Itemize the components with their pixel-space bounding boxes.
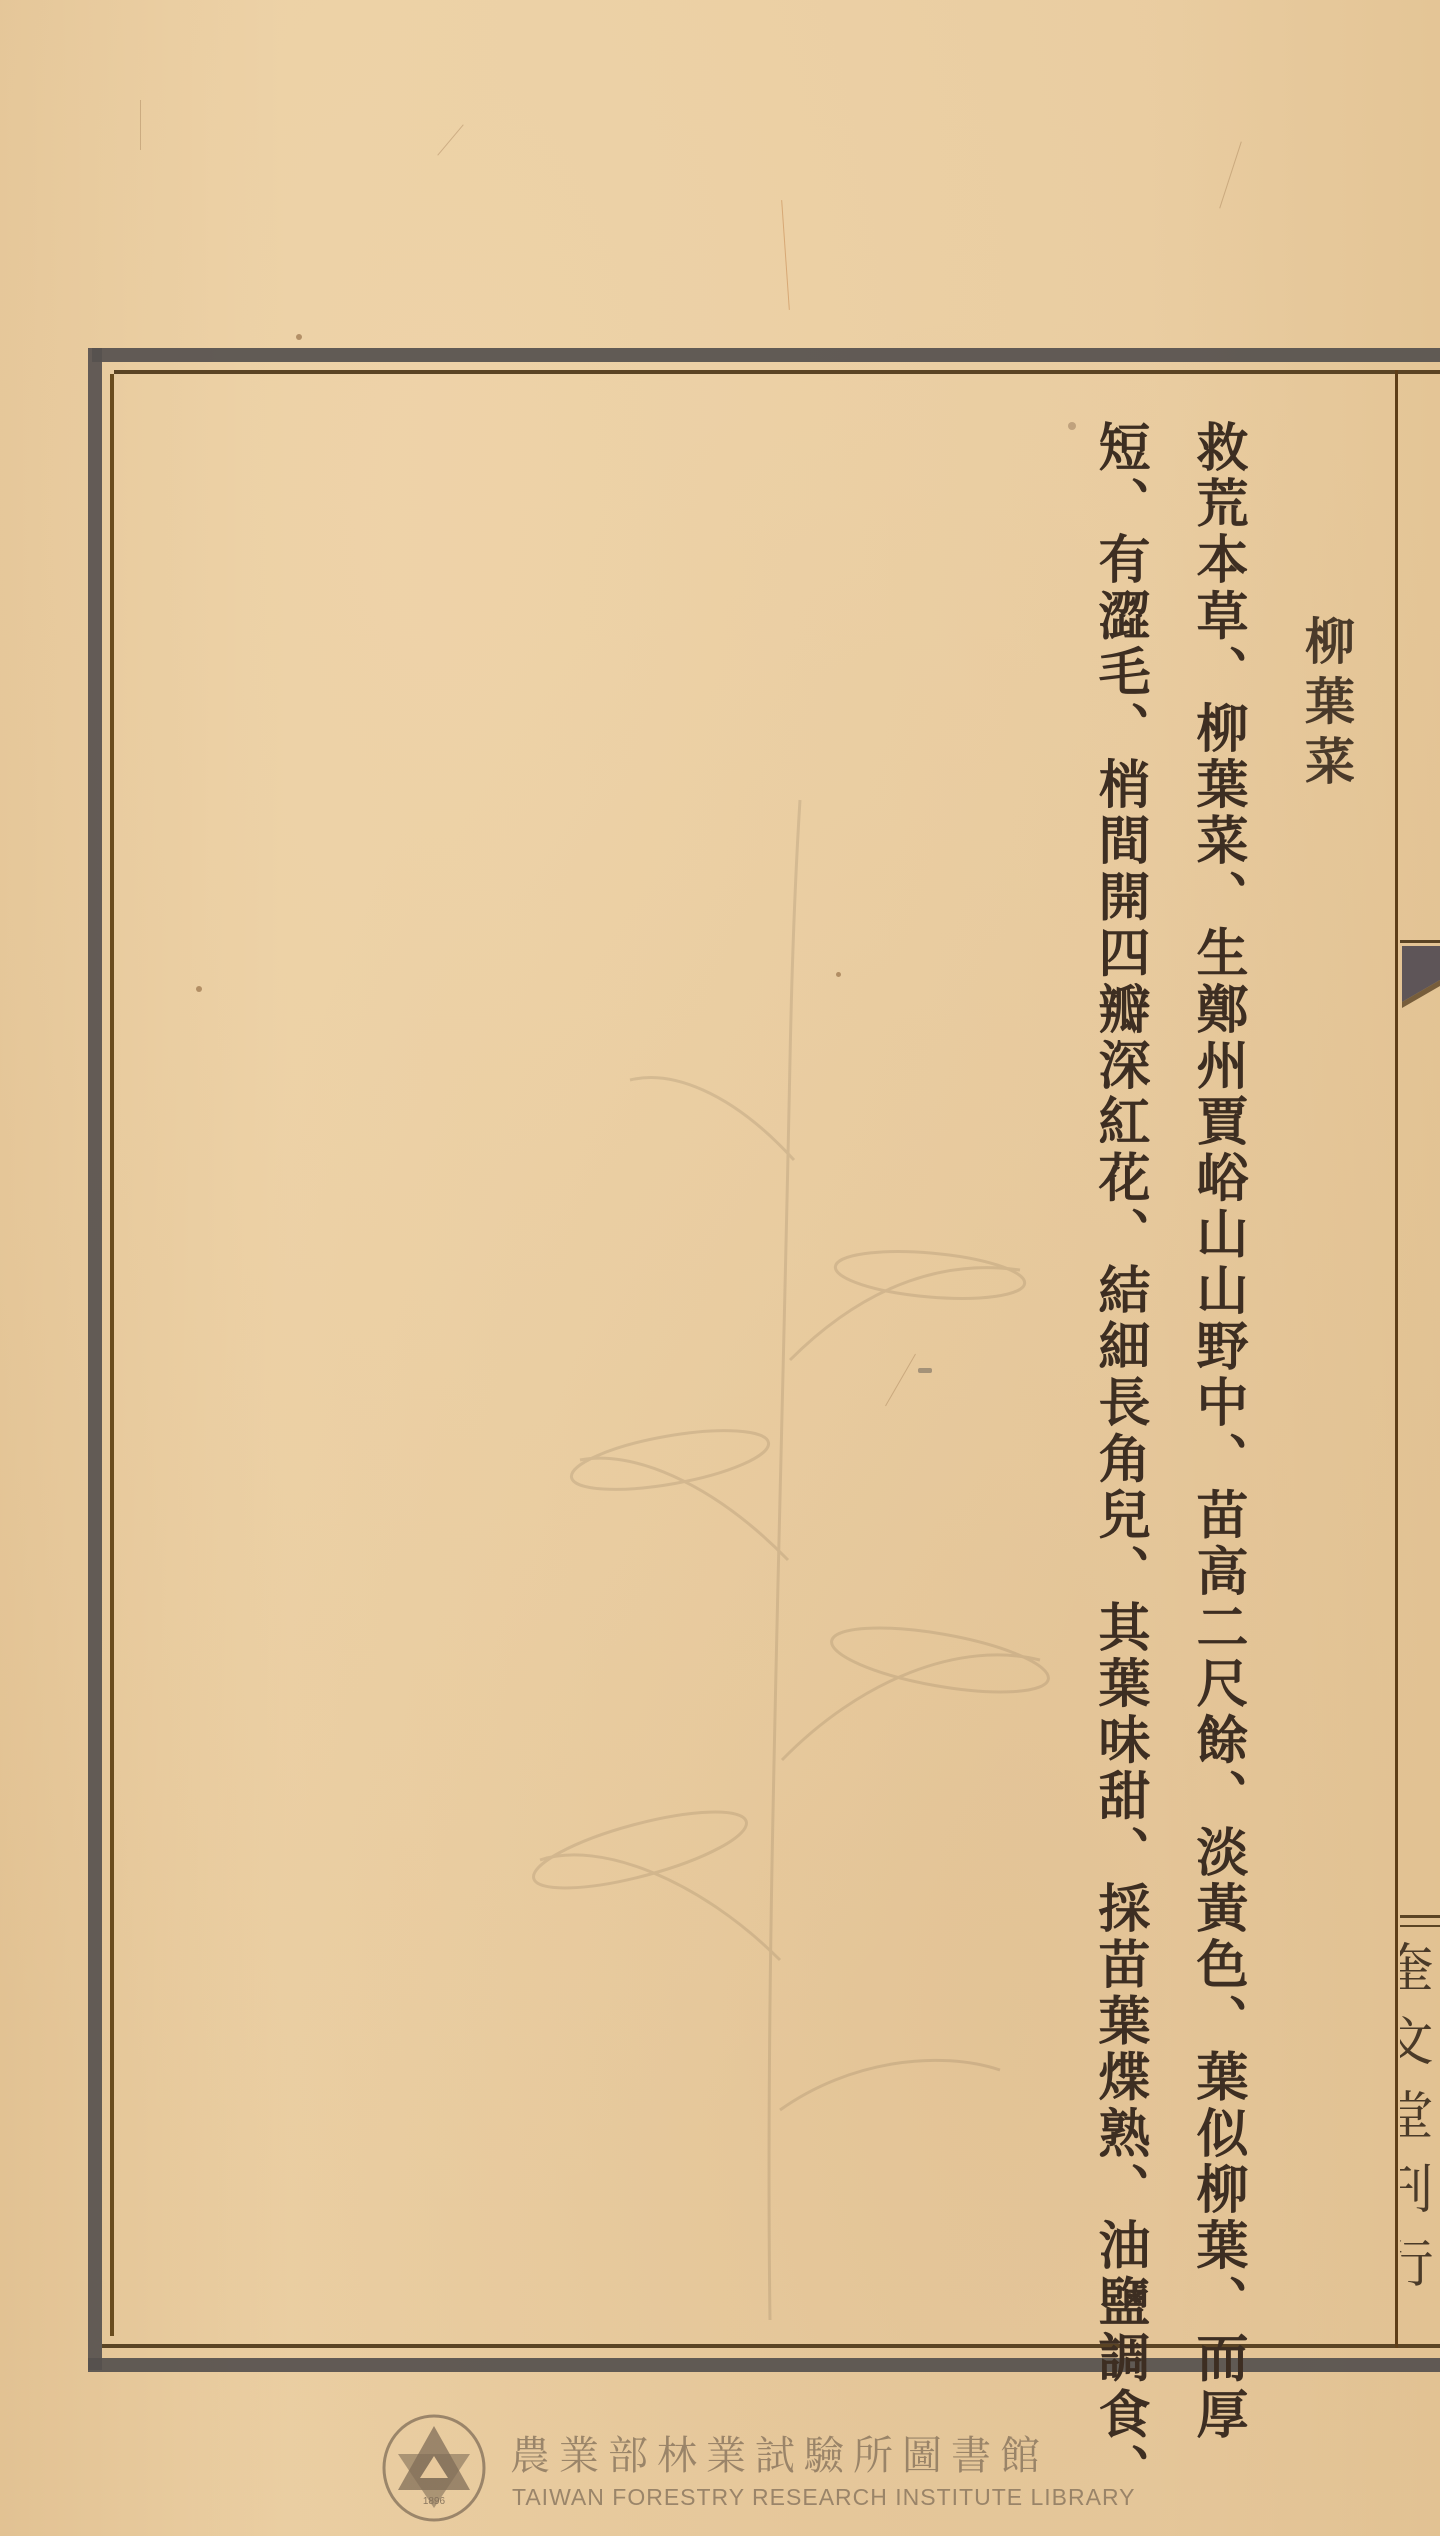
bleed-through-illustration (520, 760, 1080, 2320)
frame-outer-left-border (88, 348, 102, 2370)
svg-text:1896: 1896 (423, 2496, 446, 2507)
paper-fiber (437, 124, 463, 155)
paper-fiber (781, 200, 790, 310)
frame-outer-top-border (92, 348, 1440, 362)
library-watermark: 1896 農業部林業試驗所圖書館 TAIWAN FORESTRY RESEARC… (378, 2412, 1078, 2522)
library-name-zh: 農業部林業試驗所圖書館 (510, 2424, 1049, 2481)
spine-rule (1400, 1925, 1440, 1927)
paper-speck (1068, 422, 1076, 430)
paper-fiber (140, 100, 141, 150)
frame-inner-top-border (114, 370, 1440, 374)
paper-speck (296, 334, 302, 340)
fishtail-ornament-icon (1400, 940, 1440, 1010)
library-name-en: TAIWAN FORESTRY RESEARCH INSTITUTE LIBRA… (512, 2484, 1135, 2511)
frame-inner-left-border (110, 374, 114, 2336)
paper-fiber (1219, 142, 1242, 209)
center-fold-rule (1395, 370, 1398, 2348)
text-column-1: 救荒本草、柳葉菜、生鄭州賈峪山山野中、苗高二尺餘、淡黃色、葉似柳葉、而厚 (1180, 420, 1255, 2443)
paper-speck (196, 986, 202, 992)
publisher-spine-text: 奎文堂刊行 (1400, 1940, 1440, 2310)
institute-seal-icon: 1896 (378, 2412, 490, 2524)
text-column-2: 短、有澀毛、梢間開四瓣深紅花、結細長角兒、其葉味甜、採苗葉煠熟、油鹽調食、 (1082, 420, 1157, 2499)
entry-title: 柳葉菜 (1290, 615, 1362, 795)
spine-rule (1400, 1915, 1440, 1918)
